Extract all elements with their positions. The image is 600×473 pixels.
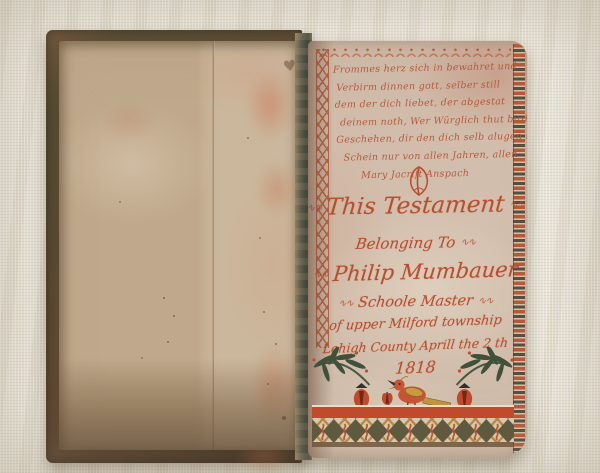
pen-squiggle: ∿∿ xyxy=(477,295,493,306)
german-script-line: Schein nur von allen Jahren, allen xyxy=(344,146,507,167)
title-text: of upper Milford township xyxy=(328,313,502,334)
striped-page-edge xyxy=(513,44,525,453)
songbird xyxy=(387,377,450,409)
pen-squiggle: ∿∿ xyxy=(460,236,476,247)
title-text: Schoole Master xyxy=(357,293,474,311)
title-line-township: of upper Milford township xyxy=(321,313,509,335)
fraktur-bookplate-page: Frommes herz sich in bewahret und Verbir… xyxy=(308,41,527,458)
title-text: This Testament xyxy=(325,191,505,220)
pen-squiggle: ∿∿ xyxy=(338,298,354,309)
title-line-owner-name: ∿∿ Philip Mumbauer xyxy=(321,258,510,287)
title-text: Philip Mumbauer xyxy=(332,257,519,286)
title-line-school-master: ∿∿ Schoole Master ∿∿ xyxy=(321,292,510,311)
ink-specks xyxy=(163,297,165,299)
red-stain xyxy=(245,71,295,141)
pen-squiggle: ∿∿ xyxy=(509,199,525,210)
title-text: Belonging To xyxy=(355,233,457,253)
title-text: 1818 xyxy=(394,357,436,377)
left-pastedown-page: ♥ xyxy=(59,41,302,450)
left-book-cover: ♥ xyxy=(46,30,302,463)
red-stain xyxy=(99,101,159,141)
title-line-this-testament: ∿∿ This Testament ∿∿ xyxy=(321,191,510,220)
title-line-belonging-to: Belonging To ∿∿ xyxy=(321,232,510,253)
red-stain xyxy=(255,161,299,217)
vine-border-top xyxy=(318,48,511,57)
water-stain xyxy=(59,358,302,450)
photo-of-open-book: ♥ Frommes herz sich in bewahret und Verb… xyxy=(0,0,600,473)
